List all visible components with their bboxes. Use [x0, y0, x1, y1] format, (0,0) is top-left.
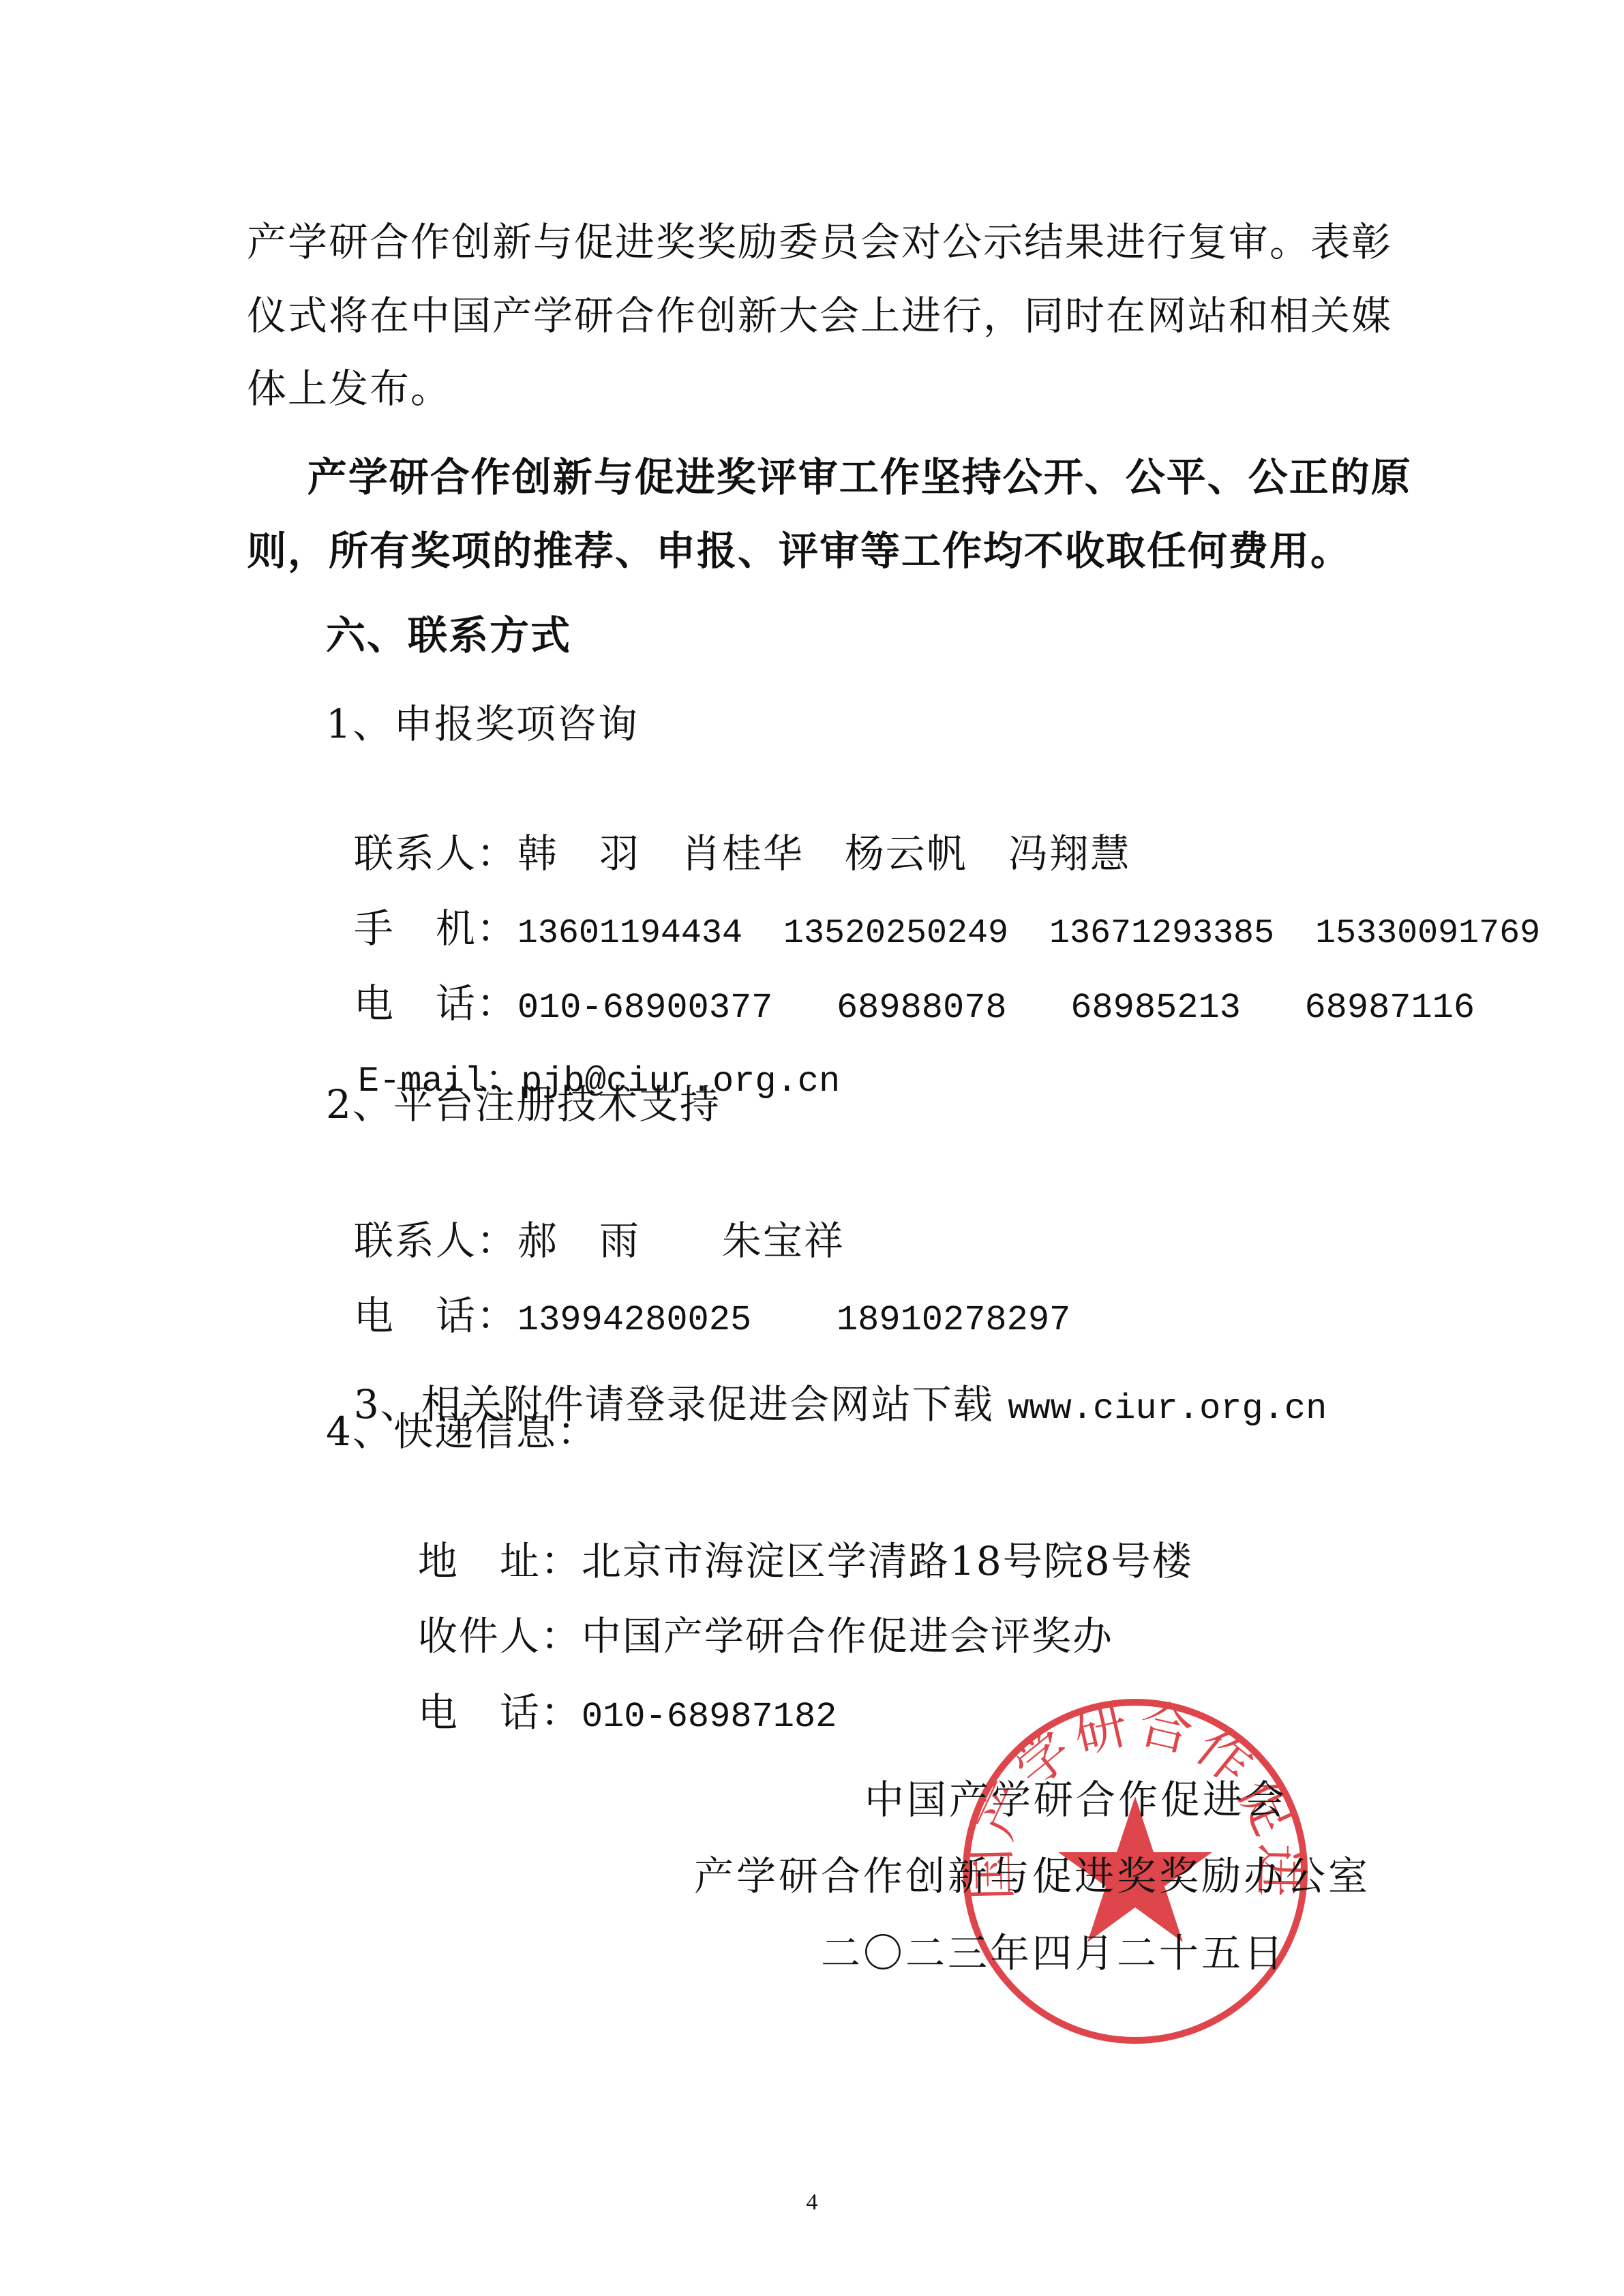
phone-label: 电 话： [418, 1689, 582, 1736]
item-4-heading: 4、快递信息： [326, 1404, 598, 1459]
paragraph-2-line-2: 则，所有奖项的推荐、申报、评审等工作均不收取任何费用。 [247, 524, 1351, 578]
paragraph-1-line-3: 体上发布。 [247, 361, 451, 416]
signature-office: 产学研合作创新与促进奖奖励办公室 [694, 1849, 1370, 1903]
item-4-phone-row: 电 话：010-68987182 [390, 1631, 837, 1744]
phone-value: 010-68987182 [582, 1697, 837, 1737]
paragraph-1-line-2: 仪式将在中国产学研合作创新大会上进行，同时在网站和相关媒 [247, 288, 1392, 343]
paragraph-1-line-1: 产学研合作创新与促进奖奖励委员会对公示结果进行复审。表彰 [247, 215, 1392, 269]
contact-2-heading: 2、平台注册技术支持 [326, 1077, 721, 1132]
signature-date: 二〇二三年四月二十五日 [821, 1926, 1286, 1980]
section-heading-contact: 六、联系方式 [326, 608, 571, 663]
paragraph-2-line-1: 产学研合作创新与促进奖评审工作坚持公开、公平、公正的原 [247, 450, 1412, 504]
contact-1-heading: 1、申报奖项咨询 [326, 697, 639, 751]
page-number: 4 [0, 2190, 1624, 2216]
signature-organization: 中国产学研合作促进会 [864, 1772, 1287, 1827]
website-link[interactable]: www.ciur.org.cn [1008, 1389, 1327, 1429]
